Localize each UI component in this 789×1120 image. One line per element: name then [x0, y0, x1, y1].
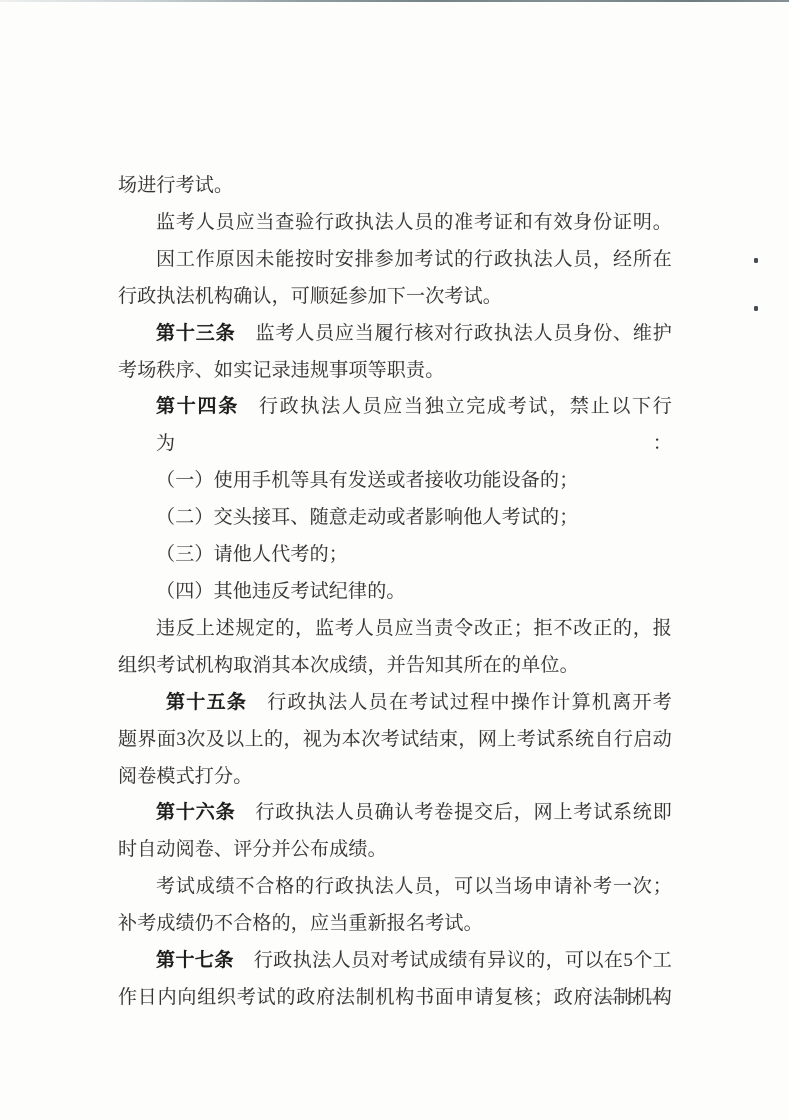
article-heading-line: 第十七条行政执法人员对考试成绩有异议的，可以在5个工: [118, 943, 672, 980]
line-text: 阅卷模式打分。: [118, 766, 252, 787]
body-text-line: 补考成绩仍不合格的，应当重新报名考试。: [118, 906, 672, 943]
body-text-line: 违反上述规定的，监考人员应当责令改正；拒不改正的，报: [118, 611, 672, 648]
body-text-line: 组织考试机构取消其本次成绩，并告知其所在的单位。: [118, 648, 672, 685]
body-text-line: 行政执法机构确认，可顺延参加下一次考试。: [118, 279, 672, 316]
line-text: 考试成绩不合格的行政执法人员，可以当场申请补考一次；: [156, 876, 672, 897]
page-number: — 5 —: [600, 988, 666, 1008]
line-text: 行政执法人员对考试成绩有异议的，可以在5个工: [254, 950, 672, 971]
article-heading-line: 第十五条行政执法人员在考试过程中操作计算机离开考: [118, 685, 672, 722]
line-text: 补考成绩仍不合格的，应当重新报名考试。: [118, 913, 483, 934]
article-number: 第十七条: [156, 950, 234, 971]
line-text: （三）请他人代考的；: [156, 544, 348, 565]
body-text-line: 因工作原因未能按时安排参加考试的行政执法人员，经所在: [118, 242, 672, 279]
article-heading-line: 第十三条监考人员应当履行核对行政执法人员身份、维护: [118, 316, 672, 353]
article-number: 第十三条: [156, 323, 235, 344]
line-text: 组织考试机构取消其本次成绩，并告知其所在的单位。: [118, 655, 579, 676]
line-text: 时自动阅卷、评分并公布成绩。: [118, 839, 387, 860]
body-text-line: 时自动阅卷、评分并公布成绩。: [118, 832, 672, 869]
body-text-line: （四）其他违反考试纪律的。: [118, 574, 672, 611]
body-text-line: （三）请他人代考的；: [118, 537, 672, 574]
scanned-document-page: 场进行考试。监考人员应当查验行政执法人员的准考证和有效身份证明。因工作原因未能按…: [0, 0, 789, 1120]
line-text: 监考人员应当履行核对行政执法人员身份、维护: [255, 323, 672, 344]
article-heading-line: 第十六条行政执法人员确认考卷提交后，网上考试系统即: [118, 795, 672, 832]
scan-edge-artifact: [0, 0, 789, 2]
line-text: 场进行考试。: [118, 175, 233, 196]
line-text: 考场秩序、如实记录违规事项等职责。: [118, 360, 444, 381]
body-text-line: 题界面3次及以上的，视为本次考试结束，网上考试系统自行启动: [118, 722, 672, 759]
body-text-line: 考试成绩不合格的行政执法人员，可以当场申请补考一次；: [118, 869, 672, 906]
body-text-line: 作日内向组织考试的政府法制机构书面申请复核；政府法制机构: [118, 980, 672, 1017]
line-text: 行政执法机构确认，可顺延参加下一次考试。: [118, 286, 502, 307]
line-text: 作日内向组织考试的政府法制机构书面申请复核；政府法制机构: [118, 987, 672, 1008]
line-text: 违反上述规定的，监考人员应当责令改正；拒不改正的，报: [156, 618, 672, 639]
line-text: （四）其他违反考试纪律的。: [156, 581, 406, 602]
body-text-line: （一）使用手机等具有发送或者接收功能设备的；: [118, 463, 672, 500]
scan-speck: [754, 306, 758, 311]
line-text: 行政执法人员在考试过程中操作计算机离开考: [267, 692, 672, 713]
body-text-line: 场进行考试。: [118, 168, 672, 205]
line-text: （一）使用手机等具有发送或者接收功能设备的；: [156, 470, 578, 491]
body-text-line: 监考人员应当查验行政执法人员的准考证和有效身份证明。: [118, 205, 672, 242]
scan-speck: [754, 258, 758, 263]
line-text: 因工作原因未能按时安排参加考试的行政执法人员，经所在: [156, 249, 672, 270]
line-text: 行政执法人员确认考卷提交后，网上考试系统即: [255, 802, 672, 823]
document-body: 场进行考试。监考人员应当查验行政执法人员的准考证和有效身份证明。因工作原因未能按…: [118, 168, 672, 1017]
line-text: 题界面3次及以上的，视为本次考试结束，网上考试系统自行启动: [118, 729, 672, 750]
line-text: 监考人员应当查验行政执法人员的准考证和有效身份证明。: [156, 212, 672, 233]
line-text: （二）交头接耳、随意走动或者影响他人考试的；: [156, 507, 578, 528]
article-number: 第十六条: [156, 802, 235, 823]
body-text-line: 考场秩序、如实记录违规事项等职责。: [118, 353, 672, 390]
body-text-line: （二）交头接耳、随意走动或者影响他人考试的；: [118, 500, 672, 537]
article-number: 第十五条: [166, 692, 247, 713]
article-heading-line: 第十四条行政执法人员应当独立完成考试，禁止以下行为：: [118, 389, 672, 463]
article-number: 第十四条: [156, 396, 239, 417]
body-text-line: 阅卷模式打分。: [118, 759, 672, 796]
